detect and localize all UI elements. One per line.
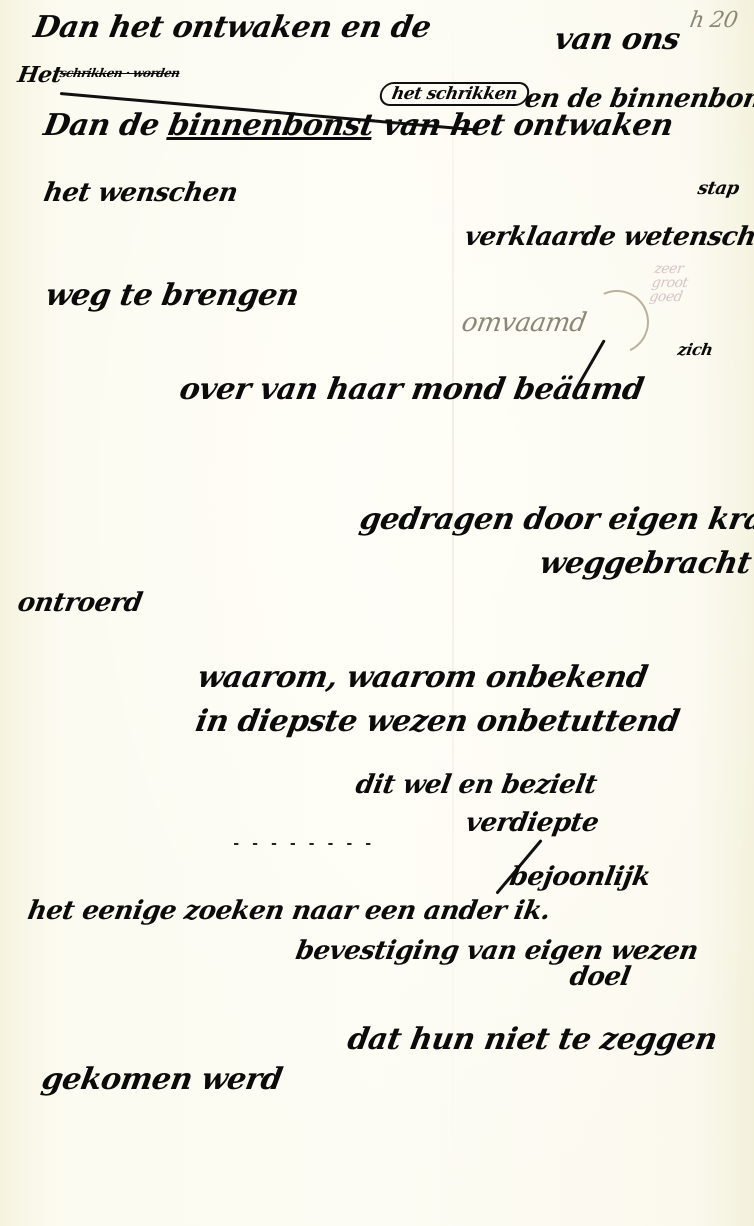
manuscript-line: verdiepte xyxy=(463,808,600,838)
manuscript-line: doel xyxy=(567,962,632,992)
manuscript-line: gekomen werd xyxy=(39,1062,285,1097)
manuscript-line: dit wel en bezielt xyxy=(353,770,599,800)
manuscript-line: van ons xyxy=(552,22,683,57)
manuscript-line: het wenschen xyxy=(41,178,239,208)
manuscript-line: over van haar mond beäamd xyxy=(177,372,646,407)
circled-insertion: het schrikken xyxy=(378,82,531,106)
manuscript-line: bevestiging van eigen wezen xyxy=(293,936,700,966)
pencil-arc-mark xyxy=(576,281,658,363)
manuscript-line: ontroerd xyxy=(15,588,144,618)
manuscript-line: Dan het ontwaken en de xyxy=(31,10,434,45)
line-part: Dan de xyxy=(41,108,172,143)
manuscript-line: weggebracht xyxy=(537,546,754,581)
dotted-placeholder: - - - - - - - - xyxy=(232,836,373,852)
manuscript-page: h 20 Dan het ontwaken en de van ons Het … xyxy=(0,0,754,1226)
struck-insertion: schrikken · worden xyxy=(59,66,181,80)
superscript-correction: stap xyxy=(696,178,740,199)
manuscript-line: weg te brengen xyxy=(43,278,301,313)
manuscript-line: het eenige zoeken naar een ander ik. xyxy=(25,896,552,926)
manuscript-insertion: Het xyxy=(16,62,64,88)
manuscript-line: gedragen door eigen kracht xyxy=(357,502,754,537)
manuscript-line: in diepste wezen onbetuttend xyxy=(193,704,682,739)
manuscript-line: waarom, waarom onbekend xyxy=(195,660,650,695)
manuscript-line: dat hun niet te zeggen xyxy=(345,1022,720,1057)
page-number: h 20 xyxy=(688,8,740,33)
pencil-annotation: omvaamd xyxy=(459,308,588,338)
superscript-correction: zich xyxy=(676,340,714,359)
faint-pencil-annotation: zeer groot goed xyxy=(648,262,695,304)
manuscript-line: verklaarde wetenschap xyxy=(462,222,754,252)
manuscript-line: Dan de binnenbonst van het ontwaken xyxy=(41,108,676,143)
underlined-word: binnenbonst xyxy=(166,108,377,143)
manuscript-line: bejoonlijk xyxy=(507,862,652,892)
line-part: van het ontwaken xyxy=(371,108,676,143)
